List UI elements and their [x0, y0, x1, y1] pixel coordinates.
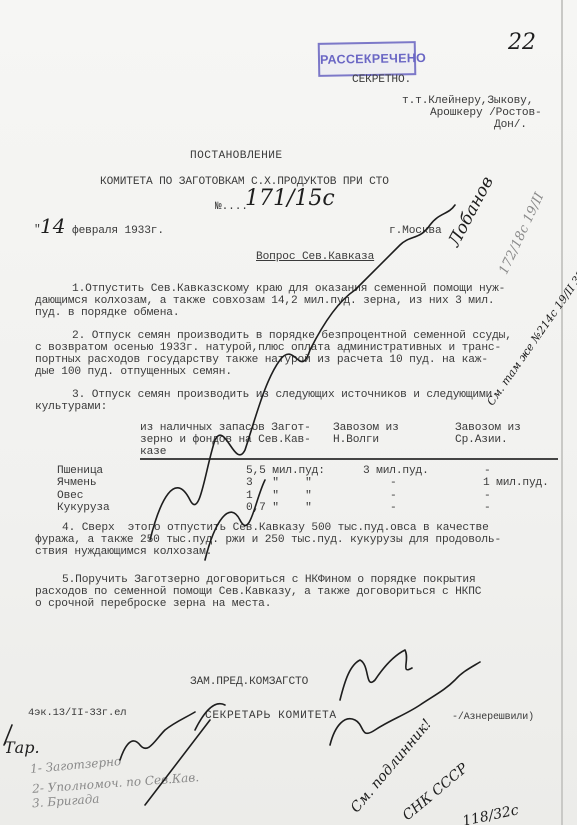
table-cell-crop: Овес [57, 490, 83, 502]
date-text: февраля 1933г. [72, 225, 164, 237]
number-label: №.... [215, 201, 248, 213]
table-header-rule [140, 458, 558, 460]
date-day: 14 [40, 214, 65, 238]
p2-line-1: 2. Отпуск семян производить в порядке бе… [72, 330, 512, 342]
typist-reference: 4эк.13/II-33г.ел [28, 707, 126, 719]
p4-line-3: ствия нуждающимся колхозам. [35, 546, 212, 558]
p5-line-3: о срочной переброске зерна на места. [35, 598, 271, 610]
secretary-label: СЕКРЕТАРЬ КОМИТЕТА [205, 710, 337, 722]
p3-line-1: 3. Отпуск семян производить из следующих… [72, 389, 492, 401]
handwritten-distribution-header: Тар. [4, 738, 40, 757]
p4-line-2: фуража, а также 250 тыс.пуд. ржи и 250 т… [35, 534, 501, 546]
table-cell-local: 5,5 мил.пуд: [246, 465, 325, 477]
table-cell-volga: - [390, 490, 397, 502]
table-cell-asia: - [484, 465, 491, 477]
table-cell-crop: Пшеница [57, 465, 103, 477]
table-cell-local: 0,7 " " [246, 502, 312, 514]
p2-line-3: портных расходов государству также натур… [35, 354, 488, 366]
handwritten-distribution-2: 2- Уполномоч. по Сев.Кав. [32, 770, 200, 796]
p2-line-4: дые 100 пуд. отпущенных семян. [35, 366, 232, 378]
p5-line-1: 5.Поручить Заготзерно договориться с НКФ… [62, 574, 476, 586]
secretary-name: -/Азнерешвили) [452, 712, 534, 724]
table-cell-local: 3 " " [246, 477, 312, 489]
table-header-asia-2: Ср.Азии. [455, 434, 508, 446]
table-header-volga-1: Завозом из [333, 422, 399, 434]
document-number: 171/15с [245, 186, 335, 211]
table-header-local-2: зерно и фондов на Сев.Кав- [140, 434, 311, 446]
table-cell-volga: - [390, 477, 397, 489]
addressee-line-2: Арошкеру /Ростов- [430, 107, 542, 119]
p1-line-3: пуд. в порядке обмена. [35, 307, 179, 319]
question-heading: Вопрос Сев.Кавказа [256, 251, 374, 263]
scan-edge [561, 0, 563, 825]
table-cell-volga: - [390, 502, 397, 514]
table-cell-asia: 1 мил.пуд. [483, 477, 549, 489]
p4-line-1: 4. Сверх этого отпустить Сев.Кавказу 500… [62, 522, 489, 534]
page-number: 22 [508, 30, 536, 55]
table-cell-local: 1 " " [246, 490, 312, 502]
table-cell-crop: Кукуруза [57, 502, 110, 514]
table-header-local-3: казе [140, 446, 166, 458]
p3-line-2: культурами: [35, 401, 107, 413]
p2-line-2: с возвратом осенью 1933г. натурой,плюс о… [35, 342, 501, 354]
handwritten-ref-1: 172/18с 19/II [496, 191, 547, 277]
handwritten-distribution-1: 1- Заготзерно [30, 754, 122, 776]
table-header-volga-2: Н.Волги [333, 434, 379, 446]
table-cell-crop: Ячмень [57, 477, 96, 489]
document-page: 22 РАССЕКРЕЧЕНО СЕКРЕТНО. т.т.Клейнеру,З… [0, 0, 577, 825]
declassified-stamp: РАССЕКРЕЧЕНО [318, 41, 417, 77]
document-title: ПОСТАНОВЛЕНИЕ [190, 150, 282, 162]
table-cell-volga: 3 мил.пуд. [363, 465, 429, 477]
handwritten-note-lobanov: Лобанов [444, 173, 497, 250]
classification-label: СЕКРЕТНО. [352, 74, 411, 86]
city: г.Москва [389, 225, 442, 237]
p5-line-2: расходов по семенной помощи Сев.Кавказу,… [35, 586, 481, 598]
table-cell-asia: - [484, 502, 491, 514]
table-cell-asia: - [484, 490, 491, 502]
table-header-local-1: из наличных запасов Загот- [140, 422, 311, 434]
p1-line-1: 1.Отпустить Сев.Кавказскому краю для ока… [72, 283, 505, 295]
p1-line-2: дающимся колхозам, а также совхозам 14,2… [35, 295, 494, 307]
addressee-line-1: т.т.Клейнеру,Зыкову, [402, 95, 533, 107]
handwritten-note-number: 118/32с [461, 802, 520, 825]
addressee-line-3: Дон/. [494, 119, 527, 131]
deputy-chair-label: ЗАМ.ПРЕД.КОМЗАГСТО [190, 676, 308, 688]
table-header-asia-1: Завозом из [455, 422, 521, 434]
